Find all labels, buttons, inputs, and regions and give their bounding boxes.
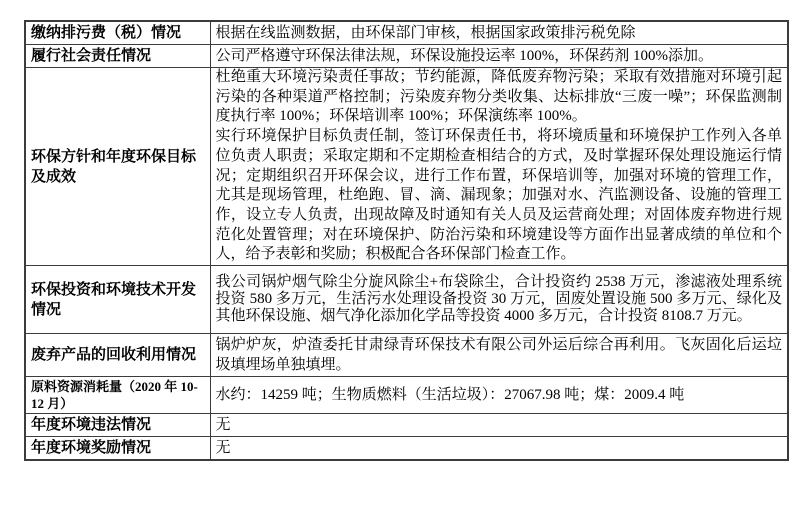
table-row-pollution-fee: 缴纳排污费（税）情况 根据在线监测数据，由环保部门审核，根据国家政策排污税免除 (25, 21, 788, 45)
document-sheet: 缴纳排污费（税）情况 根据在线监测数据，由环保部门审核，根据国家政策排污税免除 … (24, 20, 789, 461)
row-label: 环保投资和环境技术开发情况 (25, 266, 210, 334)
row-content: 我公司锅炉烟气除尘分旋风除尘+布袋除尘，合计投资约 2538 万元，渗滤液处理系… (210, 266, 788, 334)
row-content: 公司严格遵守环保法律法规，环保设施投运率 100%，环保药剂 100%添加。 (210, 45, 788, 68)
row-content: 根据在线监测数据，由环保部门审核，根据国家政策排污税免除 (210, 21, 788, 45)
row-label: 废弃产品的回收利用情况 (25, 334, 210, 377)
row-label: 年度环境违法情况 (25, 414, 210, 437)
table-row-annual-awards: 年度环境奖励情况 无 (25, 437, 788, 461)
row-content: 无 (210, 414, 788, 437)
table-row-waste-recycling: 废弃产品的回收利用情况 锅炉炉灰，炉渣委托甘肃绿青环保技术有限公司外运后综合再利… (25, 334, 788, 377)
row-label: 环保方针和年度环保目标及成效 (25, 68, 210, 266)
row-label: 缴纳排污费（税）情况 (25, 21, 210, 45)
environmental-info-table: 缴纳排污费（税）情况 根据在线监测数据，由环保部门审核，根据国家政策排污税免除 … (24, 20, 789, 461)
row-label: 原料资源消耗量（2020 年 10-12 月） (25, 377, 210, 414)
table-row-social-responsibility: 履行社会责任情况 公司严格遵守环保法律法规，环保设施投运率 100%，环保药剂 … (25, 45, 788, 68)
row-content: 锅炉炉灰，炉渣委托甘肃绿青环保技术有限公司外运后综合再利用。飞灰固化后运垃圾填埋… (210, 334, 788, 377)
table-row-investment-tech: 环保投资和环境技术开发情况 我公司锅炉烟气除尘分旋风除尘+布袋除尘，合计投资约 … (25, 266, 788, 334)
row-label: 年度环境奖励情况 (25, 437, 210, 461)
table-row-annual-violations: 年度环境违法情况 无 (25, 414, 788, 437)
row-content: 杜绝重大环境污染责任事故；节约能源，降低废弃物污染；采取有效措施对环境引起污染的… (210, 68, 788, 266)
table-row-resource-consumption: 原料资源消耗量（2020 年 10-12 月） 水约：14259 吨；生物质燃料… (25, 377, 788, 414)
row-label: 履行社会责任情况 (25, 45, 210, 68)
table-row-policy-goals: 环保方针和年度环保目标及成效 杜绝重大环境污染责任事故；节约能源，降低废弃物污染… (25, 68, 788, 266)
policy-paragraph-2: 实行环境保护目标负责任制，签订环保责任书，将环境质量和环境保护工作列入各单位负责… (216, 127, 783, 265)
policy-paragraph-1: 杜绝重大环境污染责任事故；节约能源，降低废弃物污染；采取有效措施对环境引起污染的… (216, 68, 783, 127)
row-content: 水约：14259 吨；生物质燃料（生活垃圾）：27067.98 吨；煤：2009… (210, 377, 788, 414)
row-content: 无 (210, 437, 788, 461)
